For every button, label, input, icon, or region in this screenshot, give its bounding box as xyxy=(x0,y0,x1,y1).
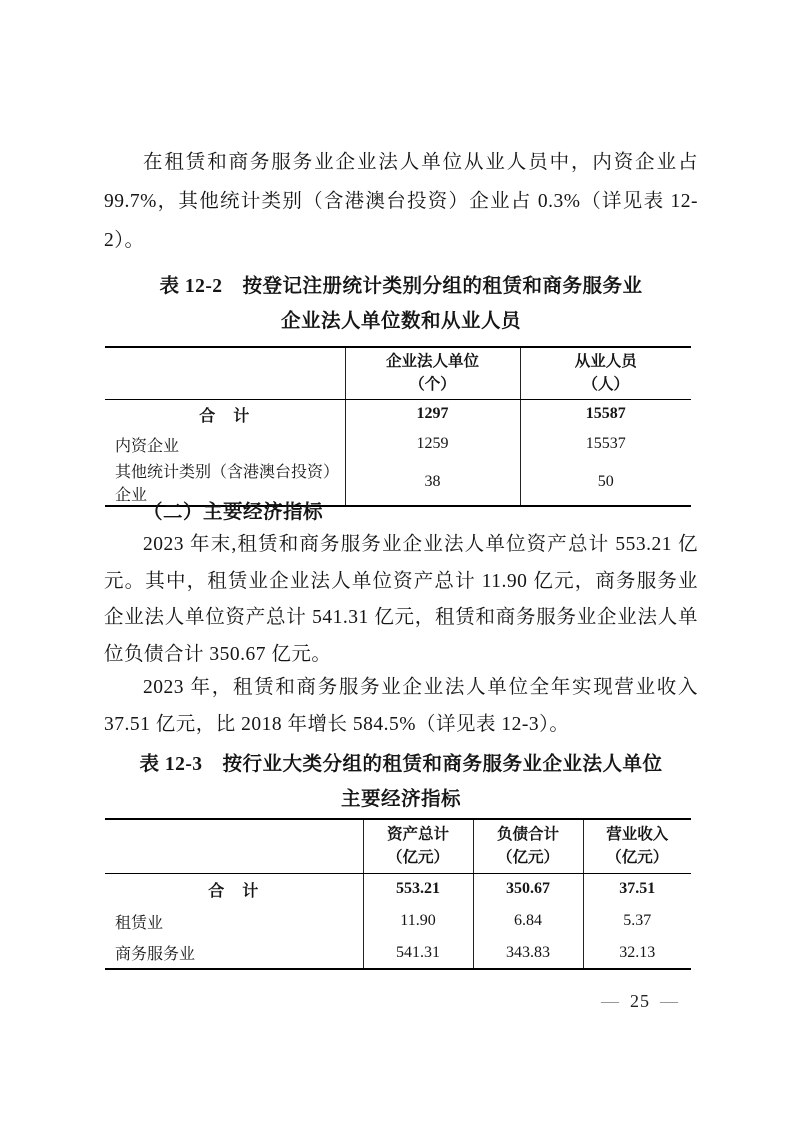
table-row-total: 合 计 1297 15587 xyxy=(105,399,691,429)
column-name: 资产总计 xyxy=(364,823,473,846)
table-12-2-title-line1: 表 12-2 按登记注册统计类别分组的租赁和商务服务业 xyxy=(104,269,698,304)
cell-value: 15587 xyxy=(520,399,691,429)
table-row-leasing: 租赁业 11.90 6.84 5.37 xyxy=(105,905,691,937)
document-page: 在租赁和商务服务业企业法人单位从业人员中，内资企业占 99.7%，其他统计类别（… xyxy=(0,0,793,1122)
cell-value: 11.90 xyxy=(363,905,473,937)
section-heading: （二）主要经济指标 xyxy=(104,496,698,524)
table-row-domestic: 内资企业 1259 15537 xyxy=(105,429,691,459)
column-unit: （人） xyxy=(521,373,692,396)
column-unit: （亿元） xyxy=(584,846,692,869)
cell-value: 15537 xyxy=(520,429,691,459)
table-12-3: 资产总计 （亿元） 负债合计 （亿元） 营业收入 （亿元） 合 计 553.21… xyxy=(105,818,691,970)
column-unit: （亿元） xyxy=(364,846,473,869)
paragraph-employment-share: 在租赁和商务服务业企业法人单位从业人员中，内资企业占 99.7%，其他统计类别（… xyxy=(104,143,698,260)
cell-value: 343.83 xyxy=(473,937,583,969)
row-label: 合 计 xyxy=(105,873,363,905)
table-header-row: 资产总计 （亿元） 负债合计 （亿元） 营业收入 （亿元） xyxy=(105,819,691,873)
cell-value: 541.31 xyxy=(363,937,473,969)
table-12-3-title-line2: 主要经济指标 xyxy=(104,782,698,817)
footer-left-dash: — xyxy=(591,991,630,1011)
row-label: 租赁业 xyxy=(105,905,363,937)
cell-value: 6.84 xyxy=(473,905,583,937)
table-12-3-title: 表 12-3 按行业大类分组的租赁和商务服务业企业法人单位 主要经济指标 xyxy=(104,747,698,817)
table-header-row: 企业法人单位 （个） 从业人员 （人） xyxy=(105,347,691,399)
cell-value: 32.13 xyxy=(583,937,691,969)
row-label: 合 计 xyxy=(105,399,345,429)
table-12-2-title-line2: 企业法人单位数和从业人员 xyxy=(104,304,698,339)
cell-value: 1259 xyxy=(345,429,520,459)
header-legal-units: 企业法人单位 （个） xyxy=(345,347,520,399)
header-total-liabilities: 负债合计 （亿元） xyxy=(473,819,583,873)
cell-value: 553.21 xyxy=(363,873,473,905)
table-row-business-services: 商务服务业 541.31 343.83 32.13 xyxy=(105,937,691,969)
table-row-total: 合 计 553.21 350.67 37.51 xyxy=(105,873,691,905)
column-name: 营业收入 xyxy=(584,823,692,846)
column-unit: （亿元） xyxy=(474,846,583,869)
cell-value: 1297 xyxy=(345,399,520,429)
column-name: 负债合计 xyxy=(474,823,583,846)
header-total-assets: 资产总计 （亿元） xyxy=(363,819,473,873)
table-12-3-title-line1: 表 12-3 按行业大类分组的租赁和商务服务业企业法人单位 xyxy=(104,747,698,782)
page-number: 25 xyxy=(630,991,650,1011)
table-12-2-title: 表 12-2 按登记注册统计类别分组的租赁和商务服务业 企业法人单位数和从业人员 xyxy=(104,269,698,339)
table-12-2: 企业法人单位 （个） 从业人员 （人） 合 计 1297 15587 内资企业 … xyxy=(105,346,691,507)
header-operating-revenue: 营业收入 （亿元） xyxy=(583,819,691,873)
header-stub xyxy=(105,347,345,399)
paragraph-revenue: 2023 年，租赁和商务服务业企业法人单位全年实现营业收入 37.51 亿元，比… xyxy=(104,670,698,743)
header-employees: 从业人员 （人） xyxy=(520,347,691,399)
cell-value: 5.37 xyxy=(583,905,691,937)
column-name: 从业人员 xyxy=(521,350,692,373)
row-label: 商务服务业 xyxy=(105,937,363,969)
cell-value: 350.67 xyxy=(473,873,583,905)
paragraph-assets: 2023 年末,租赁和商务服务业企业法人单位资产总计 553.21 亿元。其中，… xyxy=(104,527,698,673)
header-stub xyxy=(105,819,363,873)
footer-right-dash: — xyxy=(650,991,689,1011)
column-unit: （个） xyxy=(346,373,520,396)
row-label: 内资企业 xyxy=(105,429,345,459)
cell-value: 37.51 xyxy=(583,873,691,905)
column-name: 企业法人单位 xyxy=(346,350,520,373)
page-footer: —25— xyxy=(591,991,689,1012)
